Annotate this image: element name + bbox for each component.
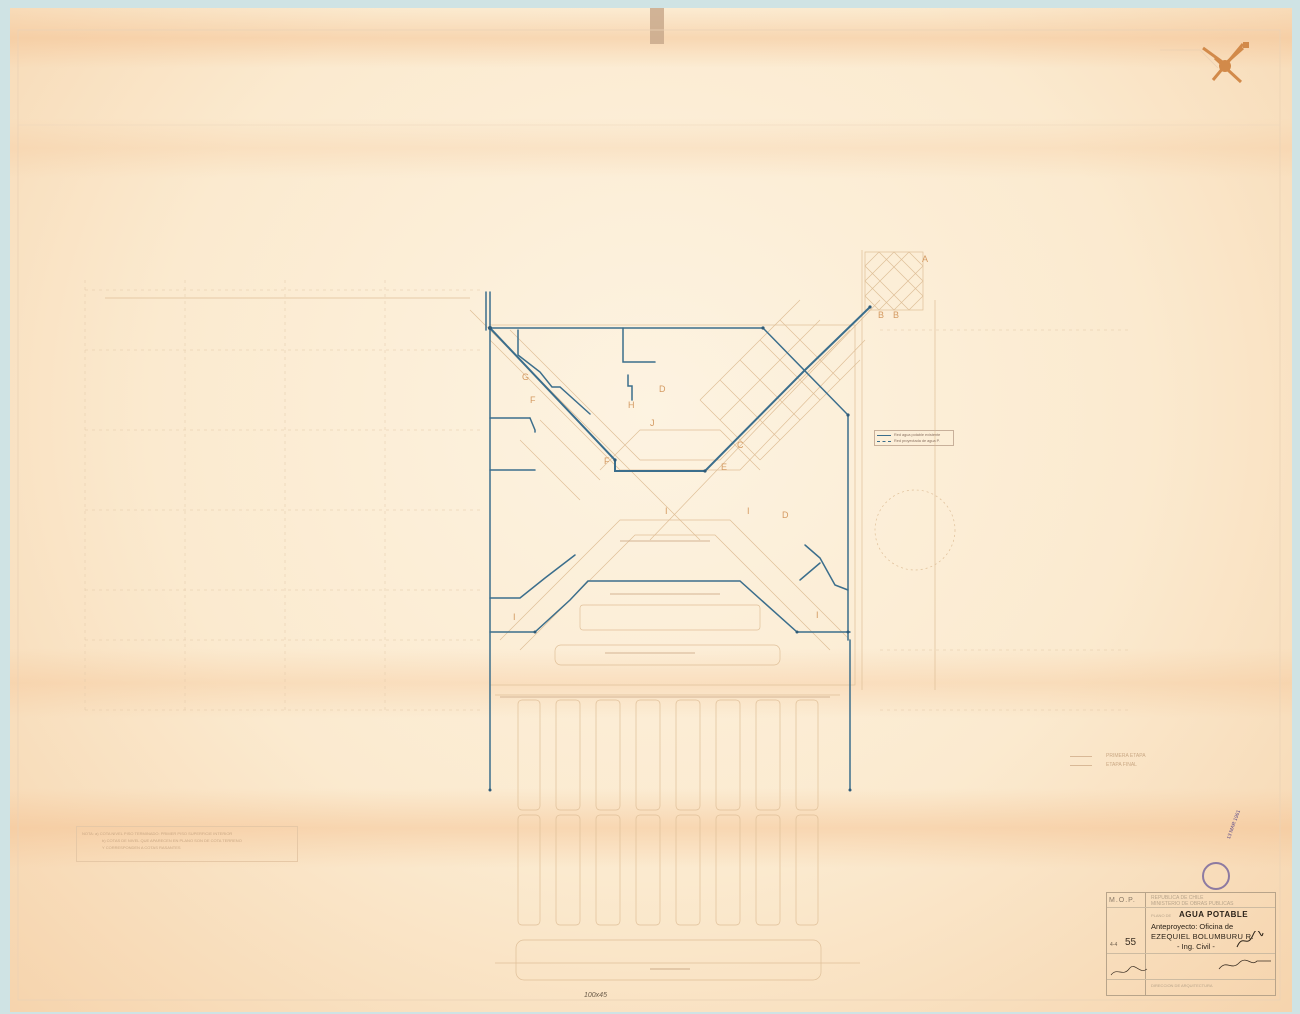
svg-text:B: B <box>893 310 899 320</box>
plano-prefix: PLANO DE <box>1151 913 1171 918</box>
legend-line-stage-1 <box>1070 756 1092 757</box>
note-line-3: Y CORRESPONDEN A COTAS RASANTES <box>82 844 292 851</box>
divider <box>1107 979 1275 980</box>
pipe-legend: Red agua potable existente Red proyectad… <box>874 430 954 446</box>
drawing-subtitle-3: - Ing. Civil - <box>1177 942 1215 951</box>
svg-text:C: C <box>737 440 744 450</box>
legend-line-stage-2 <box>1070 765 1092 766</box>
title-block: M.O.P. 4-4 55 REPUBLICA DE CHILE MINISTE… <box>1106 892 1276 996</box>
svg-text:H: H <box>628 400 635 410</box>
signature-icon <box>1109 965 1149 979</box>
svg-text:B: B <box>878 310 884 320</box>
note-line-2: b) COTAS DE NIVEL QUE APARECEN EN PLANO … <box>82 837 292 844</box>
svg-text:E: E <box>721 462 727 472</box>
svg-text:D: D <box>782 510 789 520</box>
svg-text:I: I <box>816 610 819 620</box>
legend-pipe-2: Red proyectada de agua P. <box>894 438 940 444</box>
svg-text:F: F <box>604 456 610 466</box>
legend-line-existing <box>877 435 891 436</box>
sheet-prefix: 4-4 <box>1110 942 1117 948</box>
svg-text:J: J <box>650 418 655 428</box>
divider <box>1107 953 1275 954</box>
svg-text:I: I <box>513 612 516 622</box>
legend-line-projected <box>877 441 891 442</box>
svg-text:I: I <box>665 506 668 516</box>
notes-box: NOTA: a) COTA NIVEL PISO TERMINADO: PRIM… <box>76 826 298 862</box>
svg-text:I: I <box>747 506 750 516</box>
svg-text:G: G <box>522 372 529 382</box>
drawing-title: AGUA POTABLE <box>1179 910 1248 919</box>
compass-lines <box>1160 38 1220 88</box>
svg-text:A: A <box>922 254 928 264</box>
divider <box>1107 907 1275 908</box>
title-block-footer: DIRECCION DE ARQUITECTURA <box>1151 983 1213 988</box>
republic-line-2: MINISTERIO DE OBRAS PUBLICAS <box>1151 901 1234 907</box>
sheet-number: 55 <box>1125 937 1136 948</box>
svg-text:D: D <box>659 384 666 394</box>
drawing-subtitle-1: Anteproyecto: Oficina de <box>1151 922 1233 931</box>
official-stamp <box>1202 862 1230 890</box>
signature-icon <box>1235 931 1265 951</box>
agency-label: M.O.P. <box>1109 897 1136 904</box>
svg-text:F: F <box>530 395 536 405</box>
republic-header: REPUBLICA DE CHILE MINISTERIO DE OBRAS P… <box>1151 895 1234 907</box>
stage-legend: PRIMERA ETAPA ETAPA FINAL <box>1070 752 1146 770</box>
stage-1-label: PRIMERA ETAPA <box>1106 752 1146 761</box>
stage-2-label: ETAPA FINAL <box>1106 761 1137 770</box>
signature-icon <box>1217 955 1273 973</box>
bottom-annotation: 100x45 <box>584 992 607 999</box>
note-line-1: NOTA: a) COTA NIVEL PISO TERMINADO: PRIM… <box>82 830 292 837</box>
